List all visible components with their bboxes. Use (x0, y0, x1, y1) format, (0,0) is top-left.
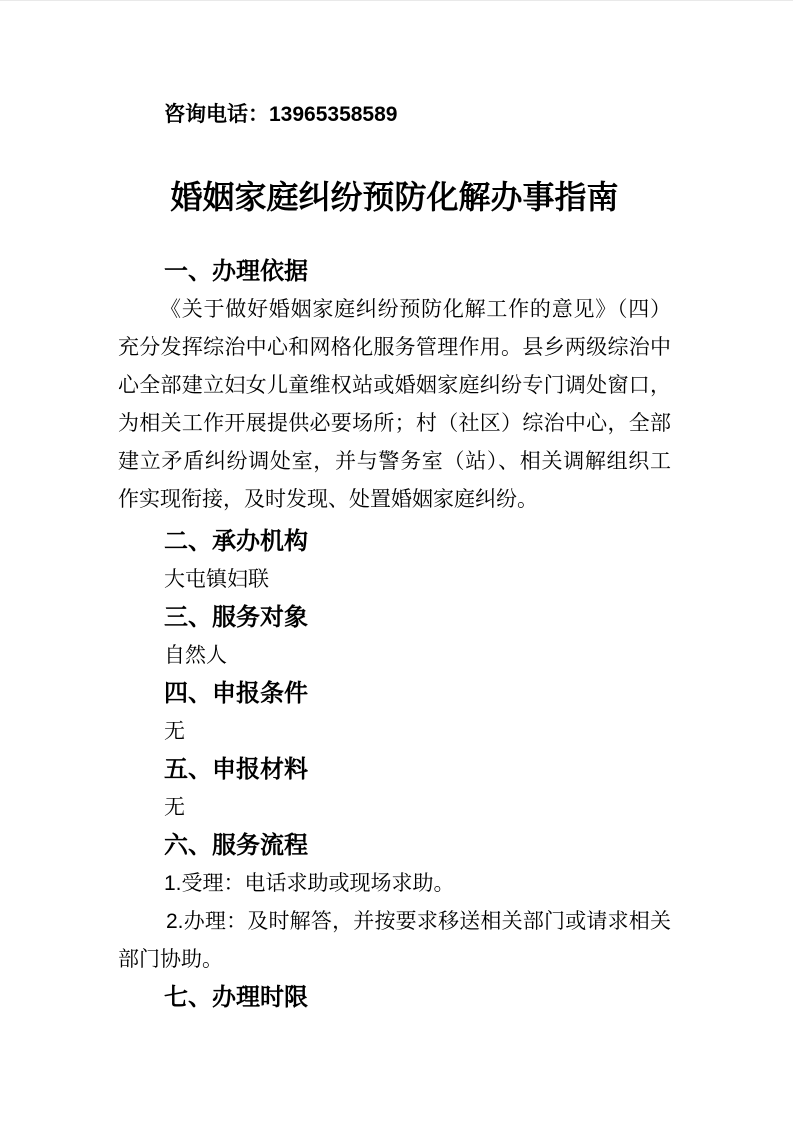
section-heading-basis: 一、办理依据 (118, 253, 671, 291)
application-conditions-value: 无 (118, 713, 671, 751)
service-target-value: 自然人 (118, 637, 671, 675)
section-heading-undertaking-agency: 二、承办机构 (118, 523, 671, 561)
consultation-phone-line: 咨询电话：13965358589 (118, 96, 671, 134)
section-heading-application-materials: 五、申报材料 (118, 751, 671, 789)
section-basis-paragraph: 《关于做好婚姻家庭纠纷预防化解工作的意见》（四）充分发挥综治中心和网格化服务管理… (118, 291, 671, 519)
application-materials-value: 无 (118, 789, 671, 827)
document-page: 咨询电话：13965358589 婚姻家庭纠纷预防化解办事指南 一、办理依据 《… (0, 0, 793, 1122)
page-top-edge (0, 0, 793, 1)
section-heading-application-conditions: 四、申报条件 (118, 675, 671, 713)
document-title: 婚姻家庭纠纷预防化解办事指南 (118, 168, 671, 226)
document-content: 咨询电话：13965358589 婚姻家庭纠纷预防化解办事指南 一、办理依据 《… (118, 96, 671, 1017)
section-heading-service-process: 六、服务流程 (118, 827, 671, 865)
service-process-step-2: 2.办理：及时解答，并按要求移送相关部门或请求相关部门协助。 (118, 903, 671, 979)
section-heading-service-target: 三、服务对象 (118, 599, 671, 637)
undertaking-agency-value: 大屯镇妇联 (118, 561, 671, 599)
section-heading-processing-time-limit: 七、办理时限 (118, 979, 671, 1017)
service-process-step-1: 1.受理：电话求助或现场求助。 (118, 865, 671, 903)
